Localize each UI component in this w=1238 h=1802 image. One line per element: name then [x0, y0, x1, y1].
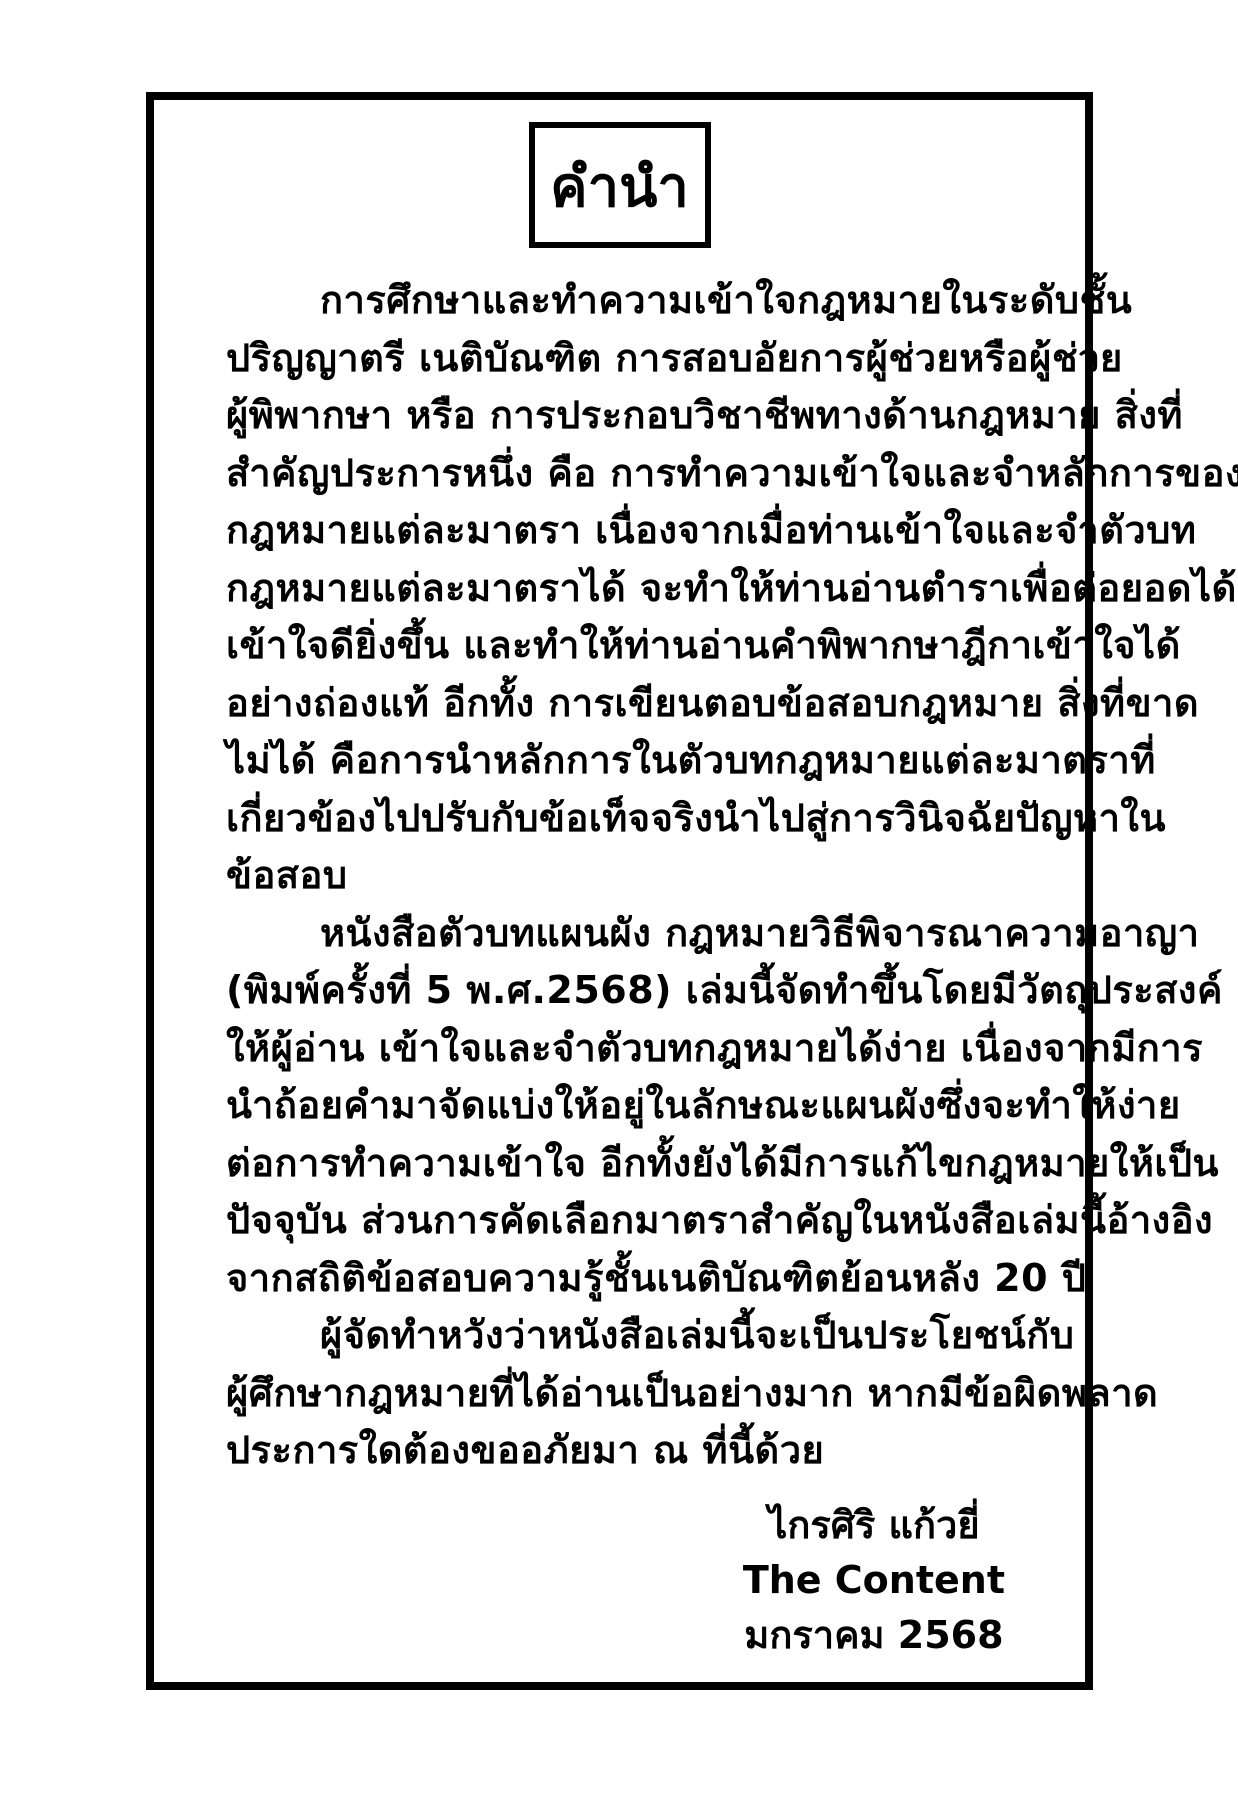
text-line: หนังสือตัวบทแผนผัง กฎหมายวิธีพิจารณาความ…: [226, 905, 1037, 963]
paragraph: การศึกษาและทำความเข้าใจกฎหมายในระดับชั้น…: [226, 272, 1037, 905]
text-line: ไม่ได้ คือการนำหลักการในตัวบทกฎหมายแต่ละ…: [226, 732, 1037, 790]
text-line: ปัจจุบัน ส่วนการคัดเลือกมาตราสำคัญในหนัง…: [226, 1192, 1037, 1250]
page-frame: คำนำ การศึกษาและทำความเข้าใจกฎหมายในระดั…: [146, 92, 1093, 1690]
title-box: คำนำ: [529, 122, 711, 248]
page-title: คำนำ: [550, 154, 689, 216]
signature-organization: The Content: [743, 1553, 1005, 1608]
paragraph: หนังสือตัวบทแผนผัง กฎหมายวิธีพิจารณาความ…: [226, 905, 1037, 1308]
text-line: กฎหมายแต่ละมาตราได้ จะทำให้ท่านอ่านตำราเ…: [226, 560, 1037, 618]
signature-block: ไกรศิริ แก้วยี่ The Content มกราคม 2568: [743, 1498, 1005, 1663]
text-line: ปริญญาตรี เนติบัณฑิต การสอบอัยการผู้ช่วย…: [226, 330, 1037, 388]
document-page: คำนำ การศึกษาและทำความเข้าใจกฎหมายในระดั…: [0, 0, 1238, 1802]
text-line: เกี่ยวข้องไปปรับกับข้อเท็จจริงนำไปสู่การ…: [226, 790, 1037, 848]
text-line: (พิมพ์ครั้งที่ 5 พ.ศ.2568) เล่มนี้จัดทำข…: [226, 962, 1037, 1020]
body-text: การศึกษาและทำความเข้าใจกฎหมายในระดับชั้น…: [154, 272, 1085, 1480]
text-line: ประการใดต้องขออภัยมา ณ ที่นี้ด้วย: [226, 1422, 1037, 1480]
text-line: นำถ้อยคำมาจัดแบ่งให้อยู่ในลักษณะแผนผังซึ…: [226, 1077, 1037, 1135]
text-line: กฎหมายแต่ละมาตรา เนื่องจากเมื่อท่านเข้าใ…: [226, 502, 1037, 560]
text-line: จากสถิติข้อสอบความรู้ชั้นเนติบัณฑิตย้อนห…: [226, 1250, 1037, 1308]
paragraph: ผู้จัดทำหวังว่าหนังสือเล่มนี้จะเป็นประโย…: [226, 1307, 1037, 1480]
text-line: อย่างถ่องแท้ อีกทั้ง การเขียนตอบข้อสอบกฎ…: [226, 675, 1037, 733]
text-line: ผู้ศึกษากฎหมายที่ได้อ่านเป็นอย่างมาก หาก…: [226, 1365, 1037, 1423]
text-line: เข้าใจดียิ่งขึ้น และทำให้ท่านอ่านคำพิพาก…: [226, 617, 1037, 675]
text-line: ให้ผู้อ่าน เข้าใจและจำตัวบทกฎหมายได้ง่าย…: [226, 1020, 1037, 1078]
text-line: ผู้พิพากษา หรือ การประกอบวิชาชีพทางด้านก…: [226, 387, 1037, 445]
text-line: การศึกษาและทำความเข้าใจกฎหมายในระดับชั้น: [226, 272, 1037, 330]
text-line: ข้อสอบ: [226, 847, 1037, 905]
text-line: สำคัญประการหนึ่ง คือ การทำความเข้าใจและจ…: [226, 445, 1037, 503]
text-line: ผู้จัดทำหวังว่าหนังสือเล่มนี้จะเป็นประโย…: [226, 1307, 1037, 1365]
signature-name: ไกรศิริ แก้วยี่: [768, 1498, 979, 1553]
signature-date: มกราคม 2568: [744, 1608, 1003, 1663]
text-line: ต่อการทำความเข้าใจ อีกทั้งยังได้มีการแก้…: [226, 1135, 1037, 1193]
